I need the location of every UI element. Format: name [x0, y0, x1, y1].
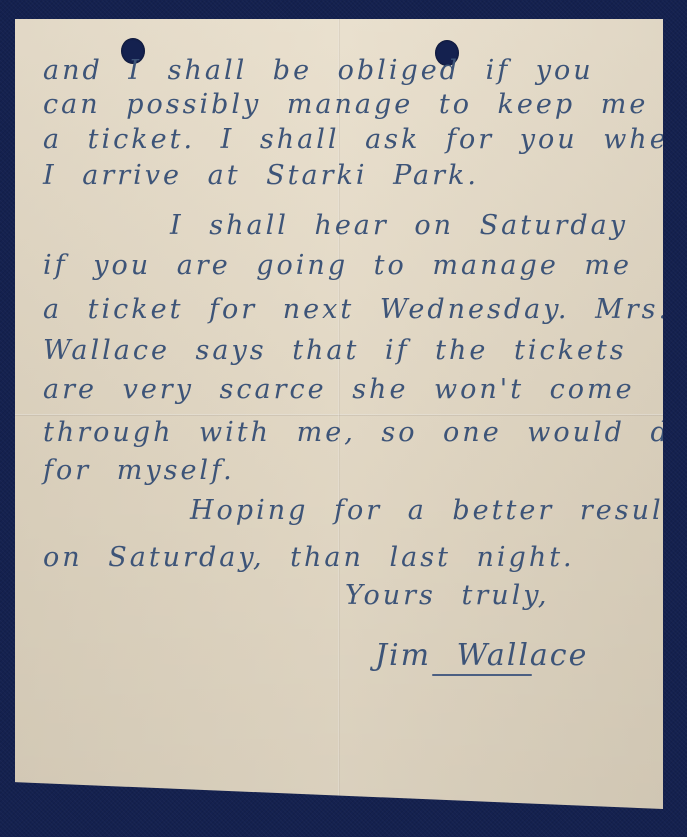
letter-line-2: can possibly manage to keep me	[43, 91, 648, 118]
letter-line-5: I shall hear on Saturday	[170, 212, 628, 239]
letter-line-1: and I shall be obliged if you	[43, 57, 594, 84]
letter-line-12: Hoping for a better result	[190, 497, 677, 524]
letter-line-8: Wallace says that if the tickets	[43, 337, 627, 364]
signature: Jim Wallace	[375, 641, 588, 671]
letter-page: and I shall be obliged if you can possib…	[15, 19, 663, 809]
letter-line-3: a ticket. I shall ask for you when	[43, 126, 687, 153]
letter-line-9: are very scarce she won't come	[43, 376, 635, 403]
letter-line-13: on Saturday, than last night.	[43, 544, 575, 571]
letter-line-6: if you are going to manage me	[43, 252, 632, 279]
signature-underline	[432, 674, 532, 676]
letter-line-11: for myself.	[43, 457, 235, 484]
letter-line-4: I arrive at Starki Park.	[43, 162, 479, 189]
letter-closing: Yours truly,	[345, 582, 550, 609]
letter-line-7: a ticket for next Wednesday. Mrs.	[43, 296, 670, 323]
letter-line-10: through with me, so one would do	[43, 419, 687, 446]
